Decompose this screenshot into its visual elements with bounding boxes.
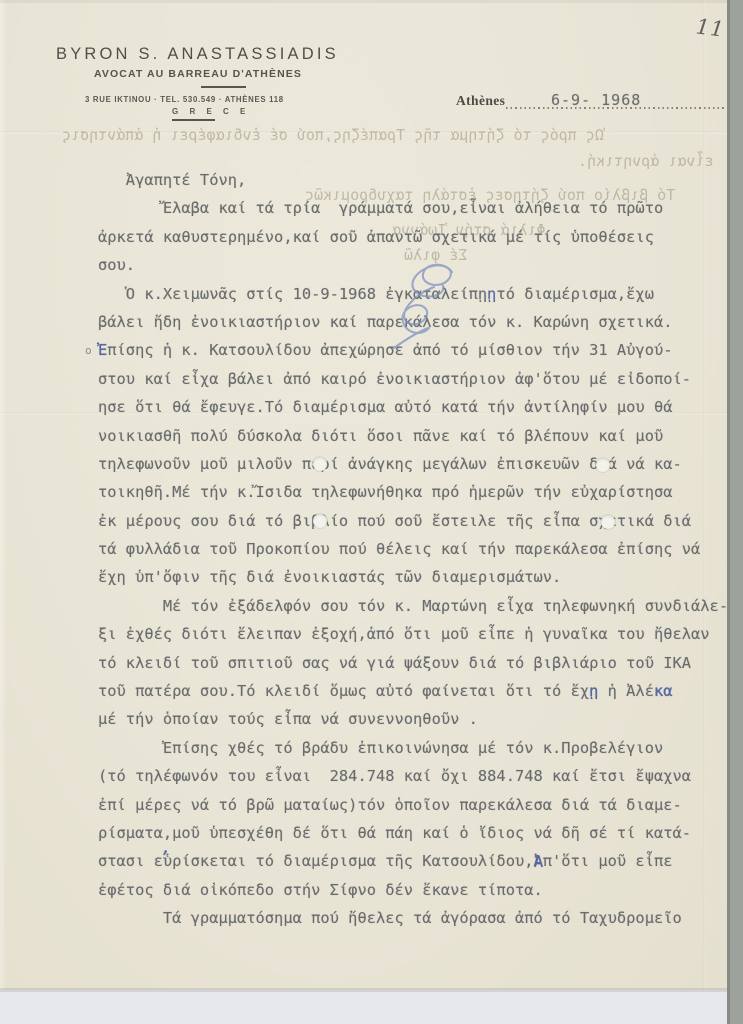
ink-overwrite: ῃ (487, 280, 496, 308)
ink-overwrite: Ἐ (98, 336, 107, 364)
page-number-annotation: 11 (695, 14, 726, 41)
typed-line: Τά γραμματόσημα πού ἤθελες τά ἀγόρασα ἀπ… (98, 904, 738, 932)
typed-line: τοῦ πατέρα σου.Τό κλειδί ὅμως αὐτό φαίνε… (98, 677, 738, 705)
punch-hole (596, 458, 610, 472)
typed-line: ἀρκετά καθυστερημένο,καί σοῦ ἀπαντῶ σχετ… (98, 223, 738, 251)
scanner-background-right (727, 0, 743, 1024)
ink-overwrite: ῃ (589, 677, 598, 705)
punch-hole (601, 515, 615, 529)
dateline-place-label: Athènes (456, 93, 505, 109)
letterhead-title: AVOCAT AU BARREAU D'ATHÈNES (94, 68, 302, 80)
typed-line: τοικηθῆ.Μέ τήν κ.Ἴσιδα τηλεφωνήθηκα πρό … (98, 478, 738, 506)
punch-hole (313, 514, 327, 528)
letterhead-name: BYRON S. ANASTASSIADIS (56, 45, 339, 64)
typed-line: Ἀγαπητέ Τόνη, (98, 166, 738, 194)
punch-hole (313, 457, 327, 471)
typed-line: τηλεφωνοῦν μοῦ μιλοῦν περί ἀνάγκης μεγάλ… (98, 450, 738, 478)
letter-paper: 11 BYRON S. ANASTASSIADIS AVOCAT AU BARR… (0, 0, 727, 990)
typed-line: στου καί εἶχα βάλει ἀπό καιρό ἐνοικιαστή… (98, 365, 738, 393)
typed-line: Μέ τόν ἐξάδελφόν σου τόν κ. Μαρτώνη εἶχα… (98, 592, 738, 620)
typed-date: 6-9- 1968 (551, 91, 641, 109)
typed-line: τό κλειδί τοῦ σπιτιοῦ σας νά γιά ψάξουν … (98, 649, 738, 677)
typed-line: (τό τηλέφωνόν του εἶναι 284.748 καί ὄχι … (98, 762, 738, 790)
scanned-letter-page: 11 BYRON S. ANASTASSIADIS AVOCAT AU BARR… (0, 0, 743, 1024)
ink-overwrite: Ἀ (534, 848, 543, 876)
ink-overwrite: κα (654, 677, 673, 705)
ink-scribble (372, 258, 484, 354)
typed-line: Ἔλαβα καί τά τρία γράμματά σου,εἶναι ἀλή… (98, 194, 738, 222)
letterhead-divider (172, 119, 215, 121)
typed-line: ησε ὅτι θά ἔφευγε.Τό διαμέρισμα αὐτό κατ… (98, 393, 738, 421)
typed-line: ξι ἐχθές διότι ἔλειπαν ἐξοχή,ἀπό ὅτι μοῦ… (98, 620, 738, 648)
typed-line: ἐπί μέρες νά τό βρῶ ματαίως)τόν ὁποῖον π… (98, 791, 738, 819)
bleed-through-text: Ὡς πρός τό ζήτημα τῆς Τραπέζης,πού σέ ἐν… (62, 126, 604, 144)
typed-line: τά φυλλάδια τοῦ Προκοπίου πού θέλεις καί… (98, 535, 738, 563)
typed-line: ἐκ μέρους σου διά τό βιβλίο πού σοῦ ἔστε… (98, 507, 738, 535)
typed-line: Ἐπίσης χθές τό βράδυ ἐπικοινώνησα μέ τόν… (98, 734, 738, 762)
typed-line: ἔχη ὑπ'ὄφιν τῆς διά ἐνοικιαστάς τῶν διαμ… (98, 563, 738, 591)
typed-line: νοικιασθῆ πολύ δύσκολα διότι ὅσοι πᾶνε κ… (98, 422, 738, 450)
letterhead-country: G R E C E (172, 107, 250, 116)
typed-line: μέ τήν ὁποίαν τούς εἶπα νά συνεννοηθοῦν … (98, 705, 738, 733)
typed-line: ρίσματα,μοῦ ὑπεσχέθη δέ ὅτι θά πάη καί ὁ… (98, 819, 738, 847)
typed-line: ἐφέτος διά οἰκόπεδο στήν Σίφνο δέν ἔκανε… (98, 876, 738, 904)
letterhead-divider (201, 86, 246, 88)
letterhead-address: 3 RUE IKTINOU · TEL. 530.549 · ATHÈNES 1… (85, 95, 284, 104)
typed-line: στασι εὑρίσκεται τό διαμέρισμα τῆς Κατσο… (98, 847, 738, 875)
stray-mark: o (85, 344, 92, 357)
scanner-background-bottom (0, 990, 727, 1024)
